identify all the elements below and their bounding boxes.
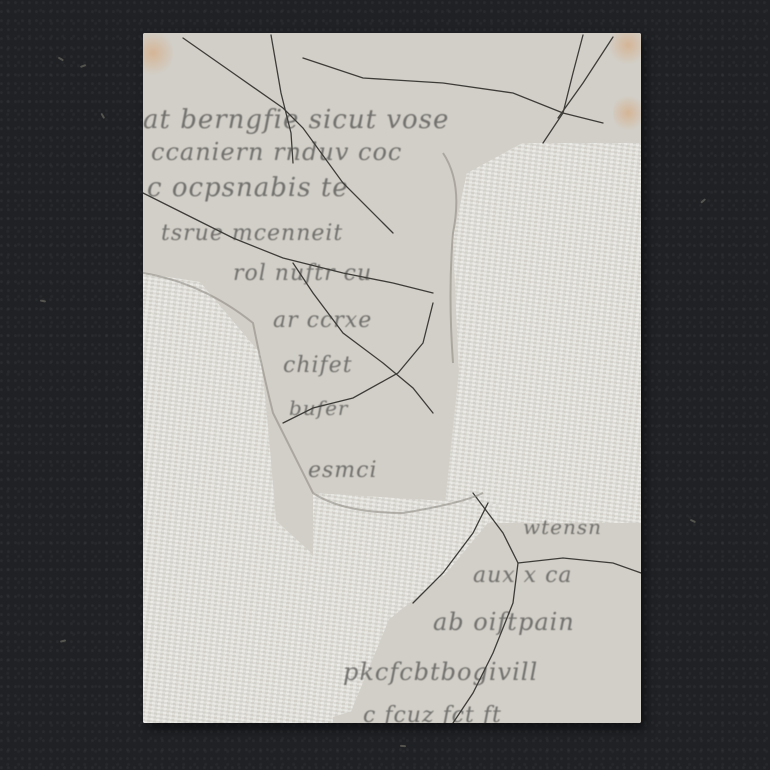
plaster-cracks: [143, 33, 641, 723]
plaster-panel: at berngfie sicut vose ccaniern rnduv co…: [143, 33, 641, 723]
